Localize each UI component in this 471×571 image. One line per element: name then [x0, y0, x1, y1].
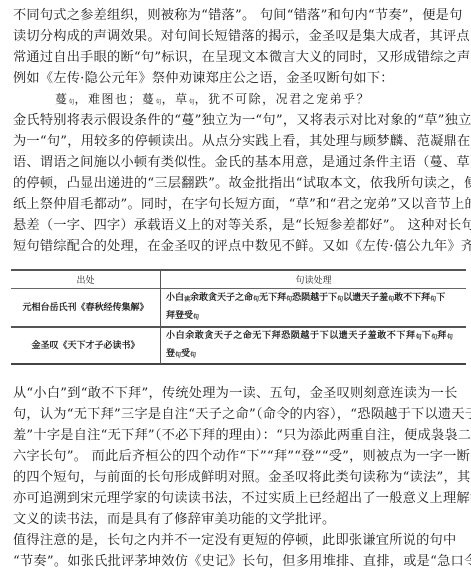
block-quote-zuozhuan-yingong: 蔓句，难图也；蔓句，草句，犹不可除，况君之宠弟乎？ — [55, 89, 471, 110]
ju-marker: 句 — [190, 352, 196, 359]
reading-segment: 下 — [422, 331, 432, 341]
table-row-2-reading-line-2: 登句受句 — [166, 345, 196, 365]
reading-segment: 小白 — [166, 293, 184, 303]
reading-segment: 无下拜 — [259, 293, 286, 303]
quote-segment: ，草 — [162, 92, 189, 106]
table-bottom-rule — [11, 363, 466, 365]
paragraph-3-line-4: 六字长句”。 而此后齐桓公的四个动作“下”“拜”“登”“受”，则被点为一字一断 — [13, 446, 463, 467]
quote-segment: 蔓 — [55, 92, 69, 106]
ju-marker: 句 — [193, 314, 199, 321]
reading-segment: 受 — [181, 349, 190, 359]
paragraph-1-line-4: 例如《左传·隐公元年》祭仲劝谏郑庄公之语，金圣叹断句如下： — [13, 68, 463, 89]
quote-segment: ，犹不可除，况君之宠弟乎？ — [195, 92, 371, 106]
paragraph-1-line-2: 读切分构成的声调效果。对句间长短错落的揭示，金圣叹是集大成者，其评点中常 — [13, 26, 463, 47]
paragraph-2-line-3: 语、谓语之间施以小顿有类似性。金氏的基本用意，是通过条件主语（蔓、草）后 — [13, 152, 463, 173]
paragraph-2-line-2: 为一“句”，用较多的停顿读出。从点分实践上看，其处理与顾梦麟、范凝鼎在主 — [13, 131, 463, 152]
reading-segment: 余敢贪天子之命 — [190, 293, 253, 303]
reading-segment: 恐陨越于下 — [292, 293, 337, 303]
reading-segment: 拜登受 — [166, 311, 193, 321]
table-row-2-source: 金圣叹《天下才子必读书》 — [11, 338, 160, 351]
paragraph-1-line-3: 常通过自出手眼的断“句”标识，在呈现文本微言大义的同时，又形成错综之声情。 — [13, 47, 463, 68]
paragraph-3-line-2: 句，认为“无下拜”三字是自注“天子之命”（命令的内容），“恐陨越于下以遗天子 — [13, 404, 463, 425]
paragraph-3-line-6: 亦可追溯到宋元理学家的句读读书法，不过实质上已经超出了一般意义上理解字面 — [13, 488, 463, 509]
paragraph-4-line-2: “节奏”。如张氏批评茅坤效仿《史记》长句，但多用堆排、直排，或是“急口令， — [13, 551, 463, 571]
paragraph-4-line-1: 值得注意的是，长句之内并不一定没有更短的停顿，此即张谦宜所说的句中 — [13, 530, 463, 551]
table-row-2-reading-line-1: 小白余敢贪天子之命无下拜恐陨越于下以遗天子羞敢不下拜句下句拜句 — [166, 327, 453, 347]
quote-segment: ，难图也；蔓 — [75, 92, 156, 106]
paragraph-1-line-1: 不同句式之参差组织，则被称为“错落”。 句间“错落”和句内“节奏”，便是句 — [13, 5, 463, 26]
paragraph-3-line-3: 羞”十字是自注“无下拜”（不必下拜的理由）：“只为添此两重自注，便成袅袅二十 — [13, 425, 463, 446]
table-row-1-reading-line-2: 拜登受句 — [166, 307, 199, 327]
reading-segment: 以遗天子羞 — [343, 293, 388, 303]
paragraph-3-line-7: 文义的读书法，而是具有了修辞审美功能的文学批评。 — [13, 509, 463, 530]
table-header-reading: 句读处理 — [161, 273, 466, 286]
table-top-rule — [11, 269, 466, 271]
reading-segment: 敢不下拜 — [394, 293, 430, 303]
paragraph-2-line-5: 纸上祭仲眉毛都动”。同时，在字句长短方面，“草”和“君之宠弟”又以音节上的 — [13, 194, 463, 215]
table-row-1-reading-line-1: 小白读余敢贪天子之命句无下拜句恐陨越于下句以遗天子羞句敢不下拜句下 — [166, 289, 445, 309]
paragraph-2-line-4: 的停顿，凸显出递进的“三层翻跌”。故金批指出“试取本文，依我所句读之，便见 — [13, 173, 463, 194]
reading-segment: 拜 — [437, 331, 447, 341]
ju-marker: 句 — [447, 334, 453, 341]
paragraph-3-line-5: 的四个短句，与前面的长句形成鲜明对照。金圣叹将此类句读称为“读法”，其渊源 — [13, 467, 463, 488]
paragraph-2-line-1: 金氏特别将表示假设条件的“蔓”独立为一“句”，又将表示对比对象的“草”独立 — [13, 110, 463, 131]
reading-segment: 小白余敢贪天子之命无下拜恐陨越于下以遗天子羞敢不下拜 — [166, 331, 416, 341]
table-row-1-source: 元相台岳氏刊《春秋经传集解》 — [11, 300, 160, 313]
reading-segment: 下 — [436, 293, 445, 303]
reading-segment: 登 — [166, 349, 175, 359]
document-page: 不同句式之参差组织，则被称为“错落”。 句间“错落”和句内“节奏”，便是句 读切… — [0, 0, 471, 571]
table-header-source: 出处 — [11, 273, 160, 286]
paragraph-3-line-1: 从“小白”到“敢不下拜”，传统处理为一读、五句，金圣叹则刻意连读为一长 — [13, 383, 463, 404]
